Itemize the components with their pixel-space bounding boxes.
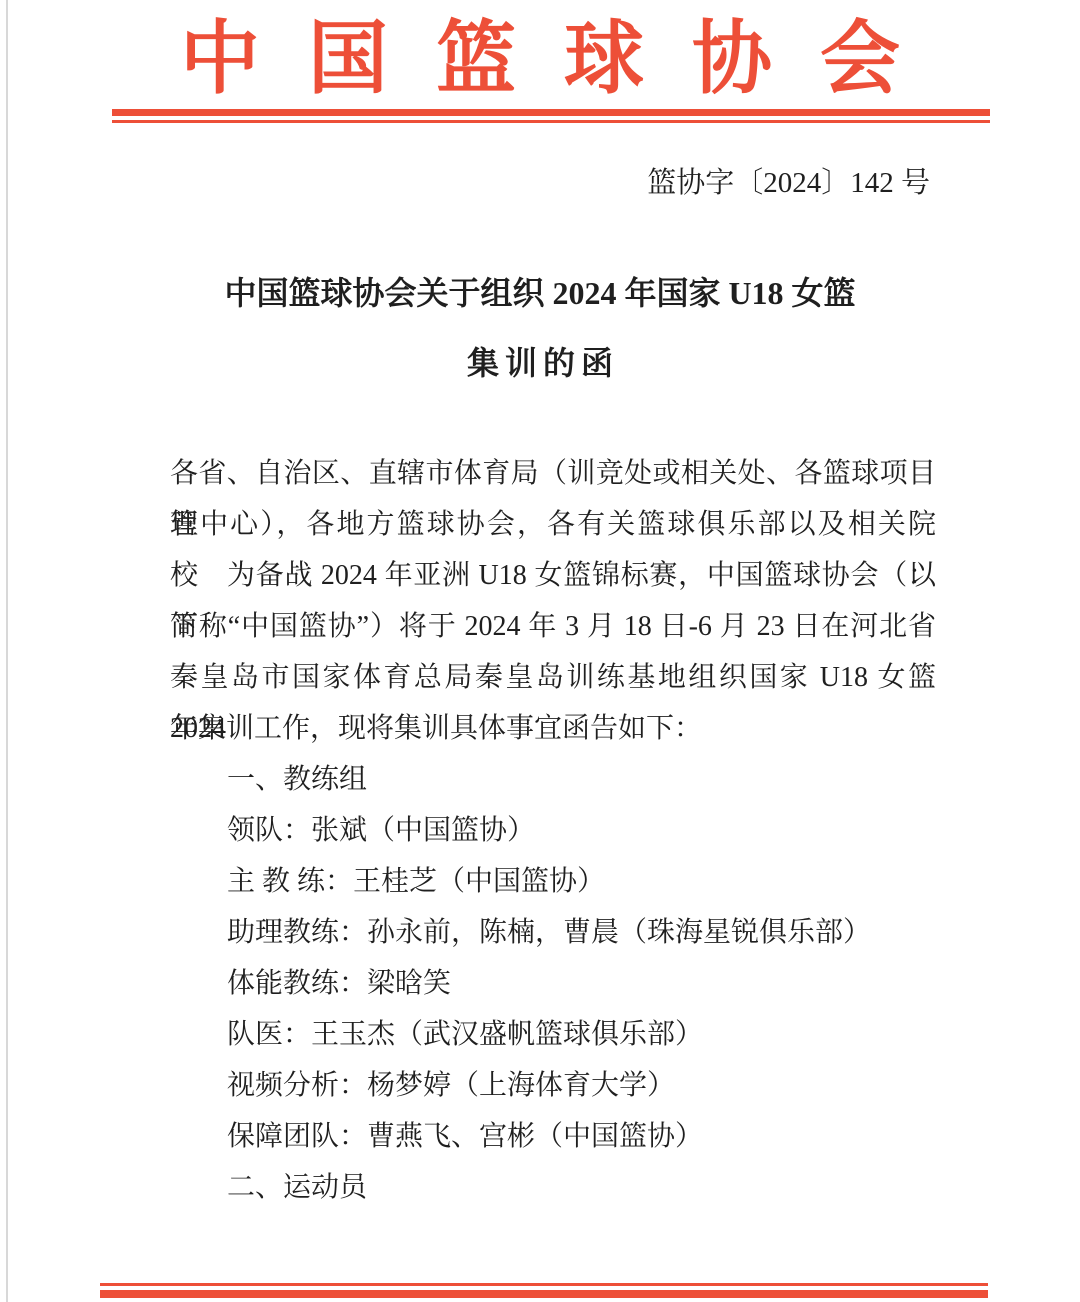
body-line: 为备战 2024 年亚洲 U18 女篮锦标赛，中国篮球协会（以下: [170, 550, 936, 601]
body-line: 理中心），各地方篮球协会，各有关篮球俱乐部以及相关院校：: [170, 499, 936, 550]
footer-rule-thick: [100, 1290, 988, 1298]
footer-rule-thin: [100, 1283, 988, 1286]
body-line: 各省、自治区、直辖市体育局（训竞处或相关处、各篮球项目管: [170, 448, 936, 499]
header-rule-thick: [112, 109, 990, 116]
document-title-line1: 中国篮球协会关于组织 2024 年国家 U18 女篮: [0, 258, 1080, 328]
body-line: 领队：张斌（中国篮协）: [170, 805, 936, 856]
document-title-line2: 集训的函: [0, 328, 1080, 398]
body-line: 视频分析：杨梦婷（上海体育大学）: [170, 1060, 936, 1111]
body-line: 体能教练：梁晗笑: [170, 958, 936, 1009]
body-line: 二、运动员: [170, 1162, 936, 1213]
body-line: 秦皇岛市国家体育总局秦皇岛训练基地组织国家 U18 女篮 2024: [170, 652, 936, 703]
body-line: 助理教练：孙永前，陈楠，曹晨（珠海星锐俱乐部）: [170, 907, 936, 958]
body-line: 年集训工作，现将集训具体事宜函告如下：: [170, 703, 936, 754]
document-title: 中国篮球协会关于组织 2024 年国家 U18 女篮 集训的函: [0, 258, 1080, 398]
org-title: 中国篮球协会: [0, 10, 1080, 110]
body-text: 各省、自治区、直辖市体育局（训竞处或相关处、各篮球项目管理中心），各地方篮球协会…: [170, 448, 936, 1213]
doc-number: 篮协字〔2024〕142 号: [647, 162, 930, 204]
body-line: 简称“中国篮协”）将于 2024 年 3 月 18 日-6 月 23 日在河北省: [170, 601, 936, 652]
body-line: 一、教练组: [170, 754, 936, 805]
body-line: 主 教 练：王桂芝（中国篮协）: [170, 856, 936, 907]
scan-edge-line: [6, 0, 8, 1302]
body-line: 队医：王玉杰（武汉盛帆篮球俱乐部）: [170, 1009, 936, 1060]
body-line: 保障团队：曹燕飞、宫彬（中国篮协）: [170, 1111, 936, 1162]
header-rule-thin: [112, 120, 990, 123]
